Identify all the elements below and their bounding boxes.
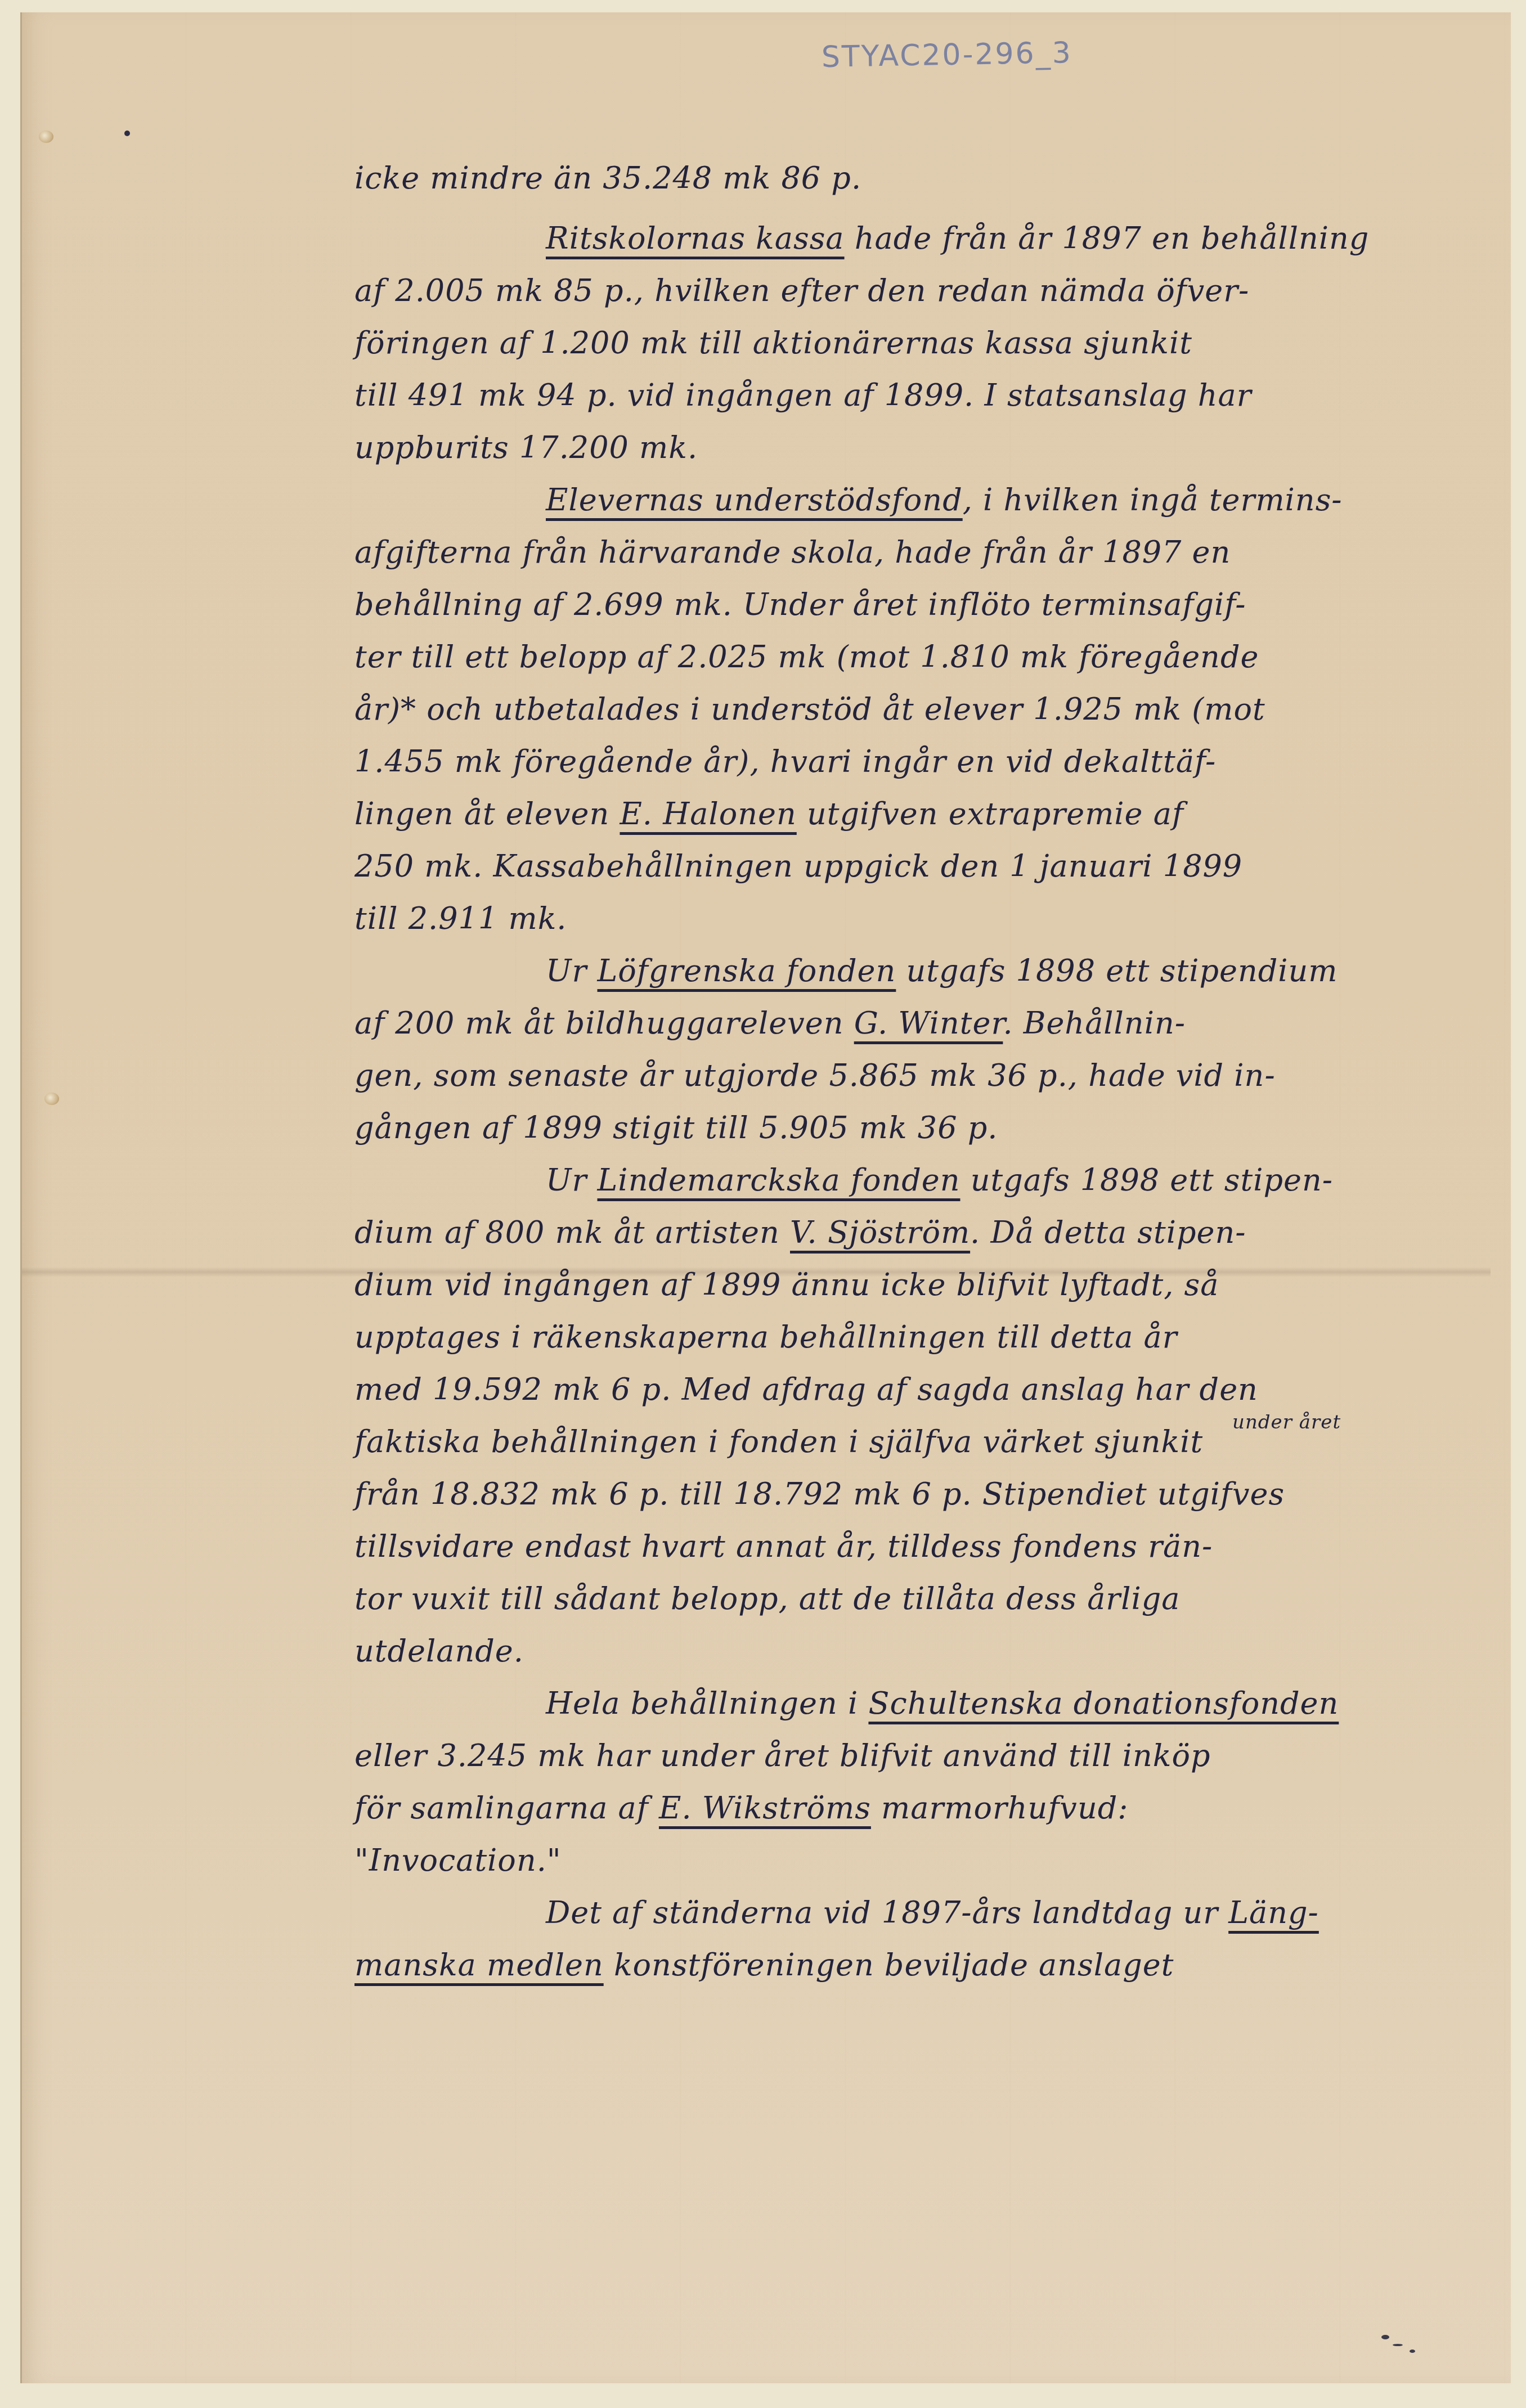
text-line: gen, som senaste år utgjorde 5.865 mk 36… [354,1049,1497,1102]
text-line: Ur Löfgrenska fonden utgafs 1898 ett sti… [354,945,1497,997]
underlined-heading: Elevernas understödsfond [546,482,963,518]
text-line: för samlingarna af E. Wikströms marmorhu… [354,1782,1497,1834]
text-line: eller 3.245 mk har under året blifvit an… [354,1729,1497,1782]
punch-hole [39,131,53,143]
underlined-heading: Löfgrenska fonden [598,953,896,989]
text-line: föringen af 1.200 mk till aktionärernas … [354,317,1497,369]
text-line: 250 mk. Kassabehållningen uppgick den 1 … [354,840,1497,892]
text-line: dium af 800 mk åt artisten V. Sjöström. … [354,1206,1497,1259]
text-line: 1.455 mk föregående år), hvari ingår en … [354,735,1497,788]
punch-hole [44,1093,59,1105]
text-line: faktiska behållningen i fonden i själfva… [354,1416,1497,1468]
text-line: afgifterna från härvarande skola, hade f… [354,526,1497,578]
text-line: dium vid ingången af 1899 ännu icke blif… [354,1259,1497,1311]
underlined-heading: Schultenska donationsfonden [868,1686,1339,1721]
text-line: uppburits 17.200 mk. [354,421,1497,474]
interlinear-insertion: under året [1232,1396,1341,1449]
text-line: upptages i räkenskaperna behållningen ti… [354,1311,1497,1363]
text-line: gången af 1899 stigit till 5.905 mk 36 p… [354,1102,1497,1154]
ink-specks [1381,2335,1426,2357]
text-line: "Invocation." [354,1834,1497,1886]
text-line: lingen åt eleven E. Halonen utgifven ext… [354,788,1497,840]
text-line: till 491 mk 94 p. vid ingången af 1899. … [354,369,1497,421]
text-line: manska medlen konstföreningen beviljade … [354,1939,1497,1991]
archive-reference-label: STYAC20-296_3 [822,36,1073,74]
underlined-name: G. Winter [854,1005,1003,1041]
text-line: behållning af 2.699 mk. Under året inflö… [354,578,1497,631]
text-line: af 2.005 mk 85 p., hvilken efter den red… [354,264,1497,317]
underlined-name: V. Sjöström [790,1215,970,1250]
text-line: Ur Lindemarckska fonden utgafs 1898 ett … [354,1154,1497,1206]
text-line: Ritskolornas kassa hade från år 1897 en … [354,212,1497,264]
underlined-heading: Läng- [1228,1895,1319,1930]
text-line: icke mindre än 35.248 mk 86 p. [354,152,1497,204]
text-line: utdelande. [354,1625,1497,1677]
handwritten-text: icke mindre än 35.248 mk 86 p. Ritskolor… [354,152,1497,1991]
text-line: Det af ständerna vid 1897-års landtdag u… [354,1886,1497,1939]
underlined-heading: manska medlen [354,1947,604,1983]
text-line: ter till ett belopp af 2.025 mk (mot 1.8… [354,631,1497,683]
underlined-heading: Ritskolornas kassa [546,221,845,256]
text-line: från 18.832 mk 6 p. till 18.792 mk 6 p. … [354,1468,1497,1520]
text-line: år)* och utbetalades i understöd åt elev… [354,683,1497,735]
text-line: till 2.911 mk. [354,892,1497,945]
underlined-heading: Lindemarckska fonden [598,1162,961,1198]
text-line: tillsvidare endast hvart annat år, tilld… [354,1520,1497,1573]
text-line: af 200 mk åt bildhuggareleven G. Winter.… [354,997,1497,1049]
text-line: tor vuxit till sådant belopp, att de til… [354,1573,1497,1625]
ink-spot [124,131,130,136]
text-line: Elevernas understödsfond, i hvilken ingå… [354,474,1497,526]
underlined-name: E. Wikströms [659,1790,871,1826]
underlined-name: E. Halonen [620,796,796,832]
text-line: Hela behållningen i Schultenska donation… [354,1677,1497,1729]
